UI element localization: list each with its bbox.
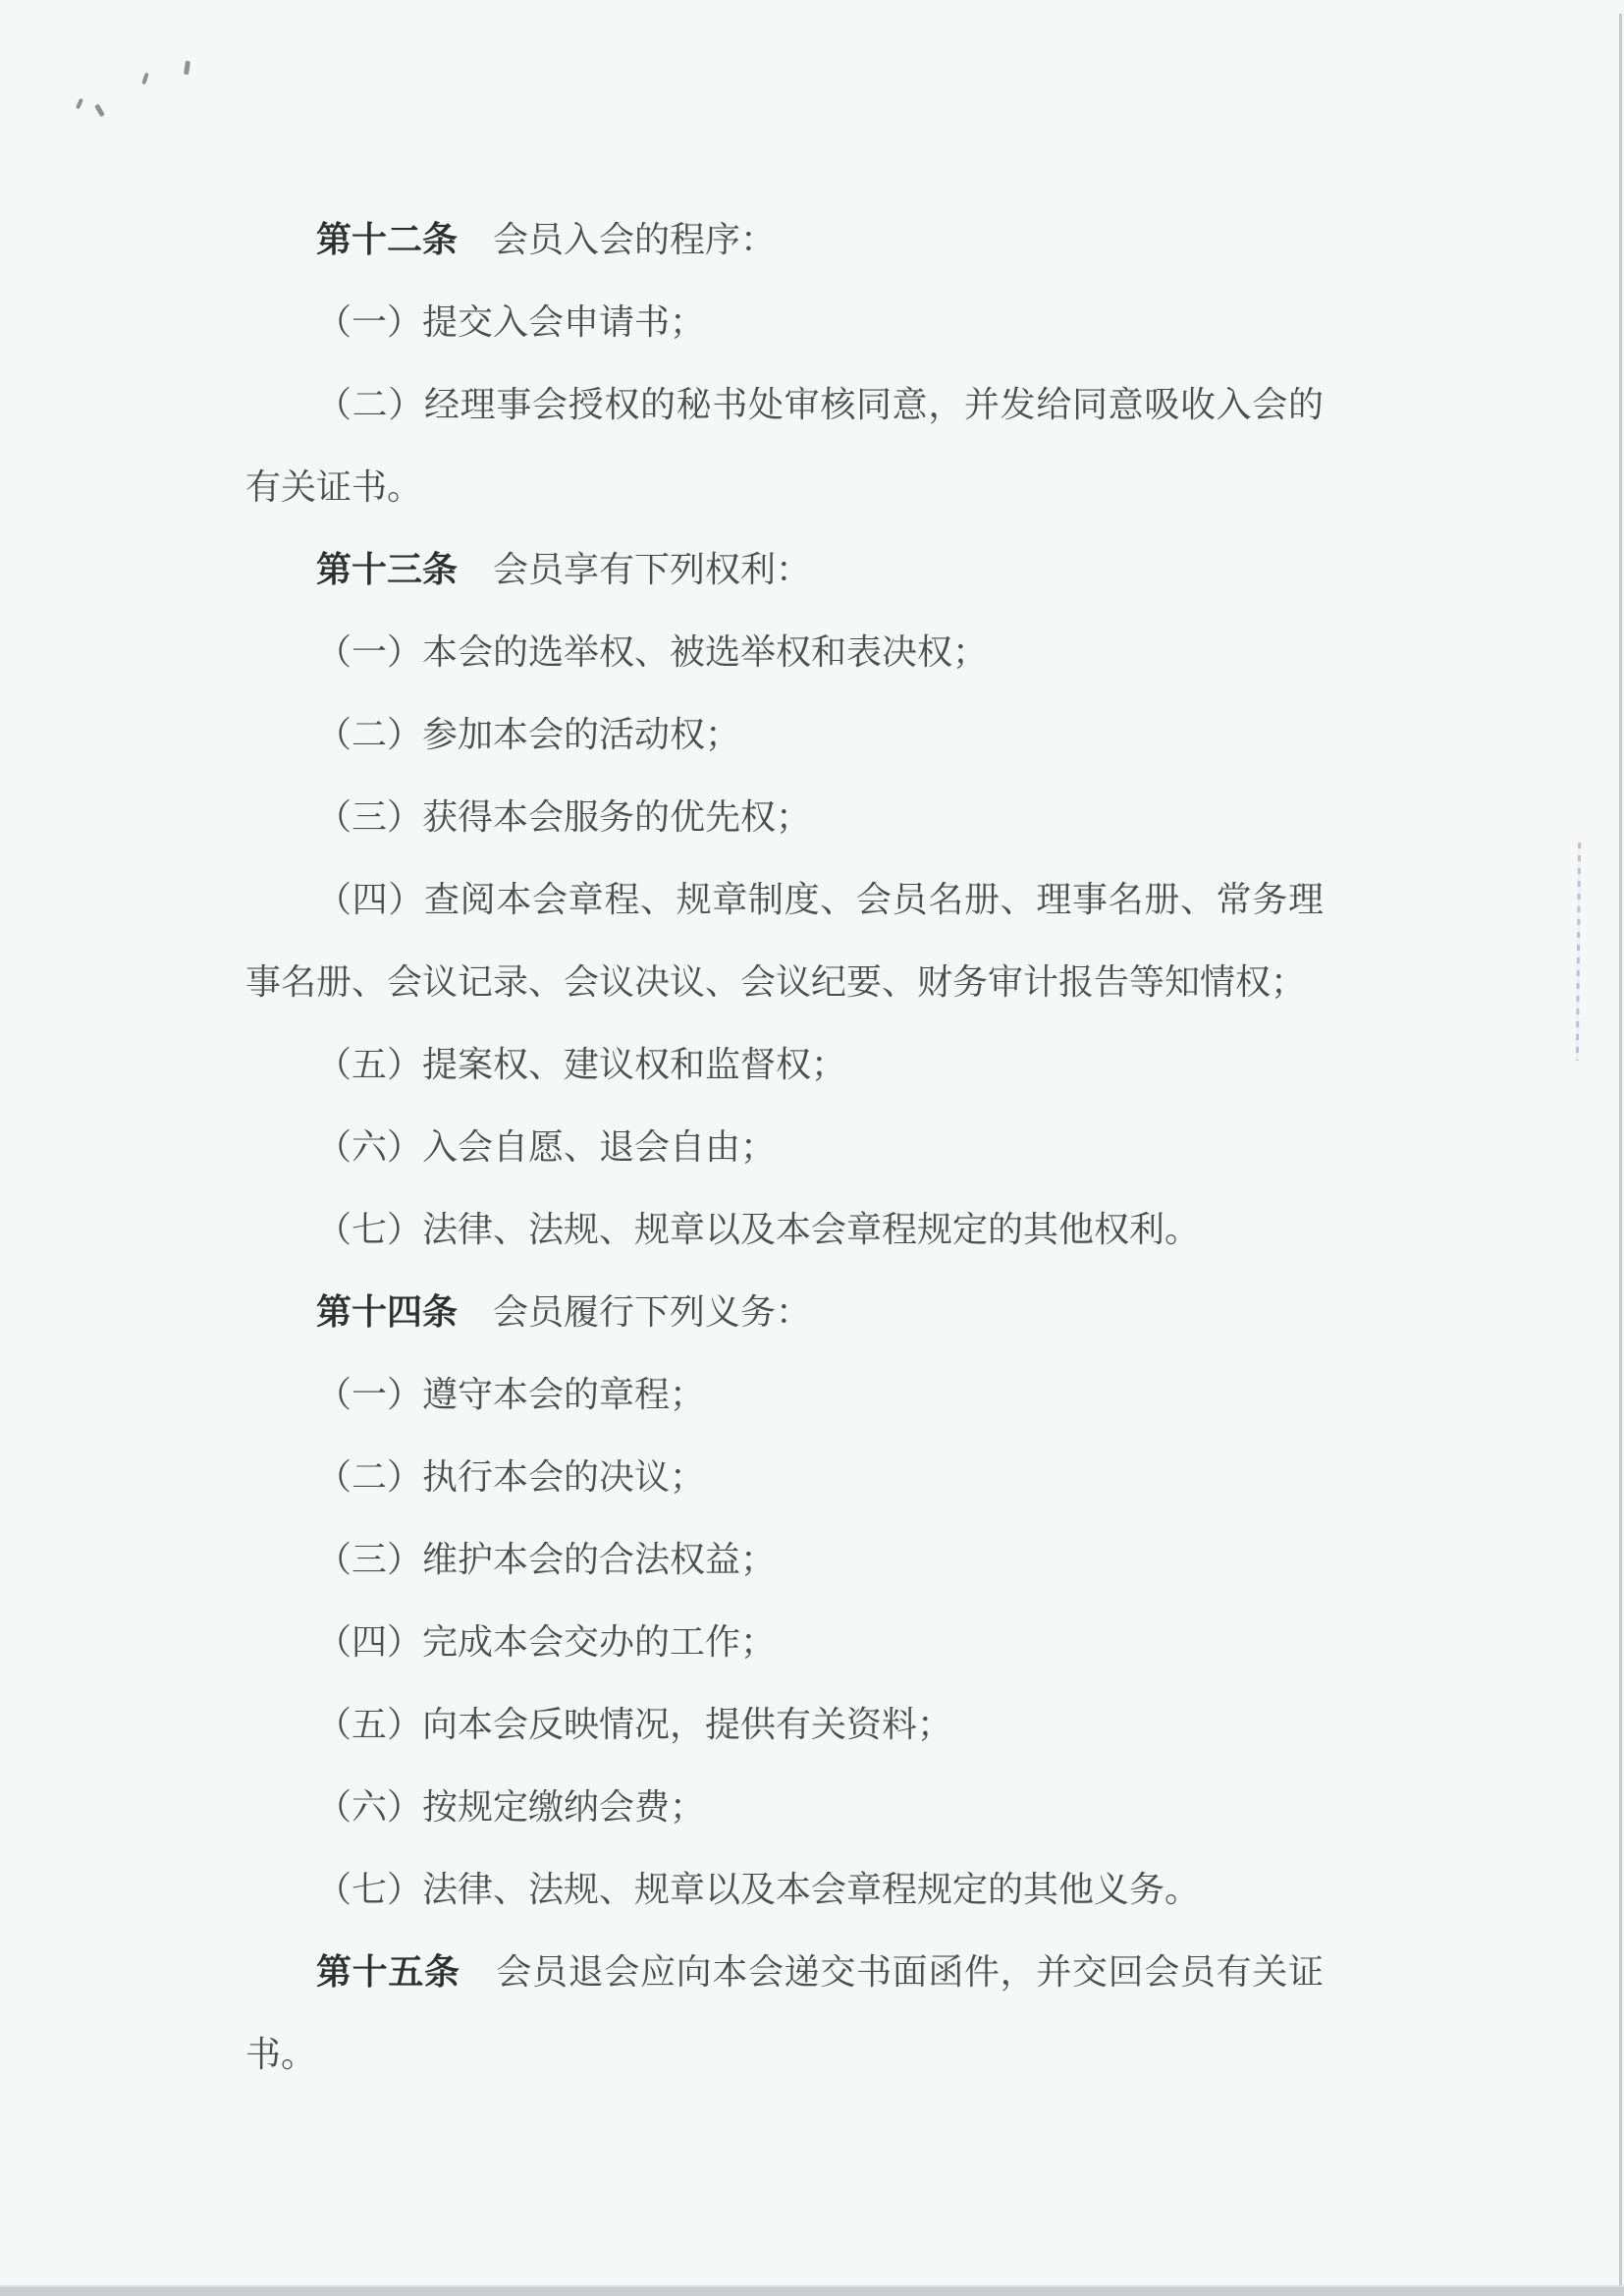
article-14-number: 第十四条 <box>316 1292 458 1332</box>
document-text: 第十二条 会员入会的程序： （一）提交入会申请书； （二）经理事会授权的秘书处审… <box>245 198 1324 2096</box>
article-15-number: 第十五条 <box>316 1952 460 1992</box>
article-14-item-3: （三）维护本会的合法权益； <box>245 1518 1324 1601</box>
scan-edge-bottom <box>0 2285 1624 2296</box>
article-14-item-6: （六）按规定缴纳会费； <box>245 1766 1324 1848</box>
article-14-item-1: （一）遵守本会的章程； <box>245 1353 1324 1436</box>
article-13-item-1: （一）本会的选举权、被选举权和表决权； <box>245 611 1324 693</box>
article-14-item-4: （四）完成本会交办的工作； <box>245 1601 1324 1683</box>
article-13-item-3: （三）获得本会服务的优先权； <box>245 776 1324 858</box>
article-12-heading: 第十二条 会员入会的程序： <box>245 198 1324 281</box>
article-14-heading: 第十四条 会员履行下列义务： <box>245 1271 1324 1353</box>
scan-speck <box>76 98 83 110</box>
article-12-item-1: （一）提交入会申请书； <box>245 281 1324 363</box>
article-13-number: 第十三条 <box>316 550 458 589</box>
scan-speck <box>141 73 149 85</box>
article-14-item-7: （七）法律、法规、规章以及本会章程规定的其他义务。 <box>245 1848 1324 1931</box>
article-14-item-2: （二）执行本会的决议； <box>245 1436 1324 1518</box>
article-15-paragraph: 第十五条 会员退会应向本会递交书面函件，并交回会员有关证书。 <box>245 1931 1324 2096</box>
article-12-number: 第十二条 <box>316 220 458 259</box>
article-13-title: 会员享有下列权利： <box>458 550 811 589</box>
article-13-item-2: （二）参加本会的活动权； <box>245 693 1324 776</box>
article-12-title: 会员入会的程序： <box>458 220 776 259</box>
scan-speck <box>94 104 105 118</box>
article-13-item-6: （六）入会自愿、退会自由； <box>245 1106 1324 1188</box>
scan-speck <box>184 61 190 76</box>
article-13-item-4: （四）查阅本会章程、规章制度、会员名册、理事名册、常务理事名册、会议记录、会议决… <box>245 858 1324 1023</box>
article-14-item-5: （五）向本会反映情况，提供有关资料； <box>245 1683 1324 1766</box>
article-12-item-2: （二）经理事会授权的秘书处审核同意，并发给同意吸收入会的有关证书。 <box>245 363 1324 528</box>
article-13-heading: 第十三条 会员享有下列权利： <box>245 528 1324 611</box>
article-13-item-7: （七）法律、法规、规章以及本会章程规定的其他权利。 <box>245 1188 1324 1271</box>
article-14-title: 会员履行下列义务： <box>458 1292 811 1332</box>
scan-streak-blue <box>1576 843 1581 1061</box>
article-13-item-5: （五）提案权、建议权和监督权； <box>245 1023 1324 1106</box>
scanned-page: 第十二条 会员入会的程序： （一）提交入会申请书； （二）经理事会授权的秘书处审… <box>0 0 1624 2296</box>
scan-edge-right <box>1619 14 1622 2296</box>
